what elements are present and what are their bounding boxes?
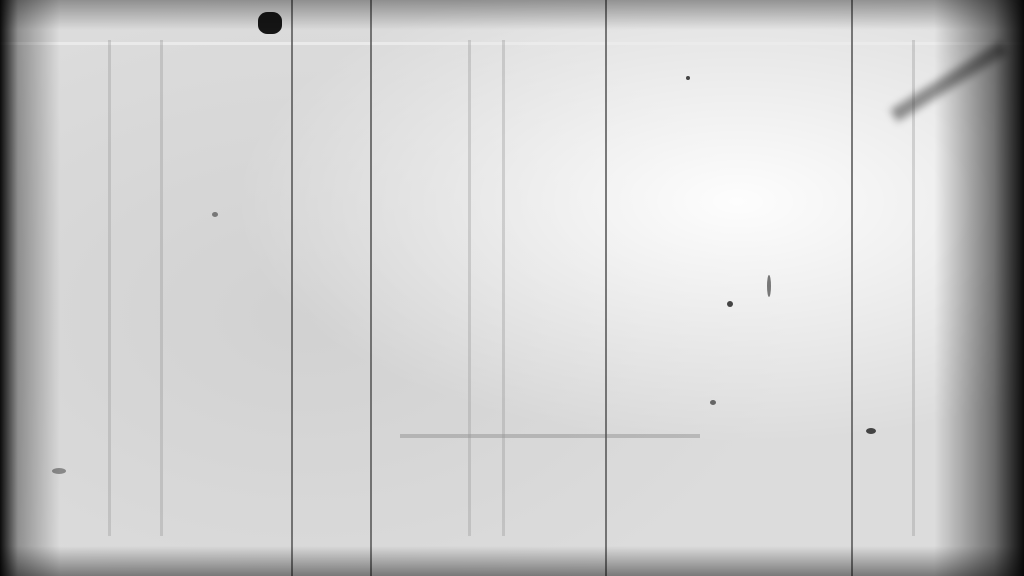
dust-speck: [686, 76, 690, 80]
vertical-scratch: [291, 0, 293, 576]
faint-scratch: [502, 40, 505, 536]
faint-scratch: [468, 40, 471, 536]
dust-speck: [710, 400, 716, 405]
dust-blob: [258, 12, 282, 34]
faint-scratch: [108, 40, 111, 536]
faint-scratch: [160, 40, 163, 536]
film-frame: [0, 0, 1024, 576]
horizontal-scratch: [0, 42, 1024, 45]
dust-speck: [52, 468, 66, 474]
vertical-scratch: [605, 0, 607, 576]
vertical-scratch: [851, 0, 853, 576]
faint-scratch: [912, 40, 915, 536]
dust-speck: [767, 275, 771, 297]
vertical-scratch: [370, 0, 372, 576]
vignette: [0, 0, 1024, 576]
horizontal-smudge: [400, 434, 700, 438]
dust-speck: [727, 301, 733, 307]
dust-speck: [866, 428, 876, 434]
dust-speck: [212, 212, 218, 217]
dark-smear: [890, 41, 1008, 122]
